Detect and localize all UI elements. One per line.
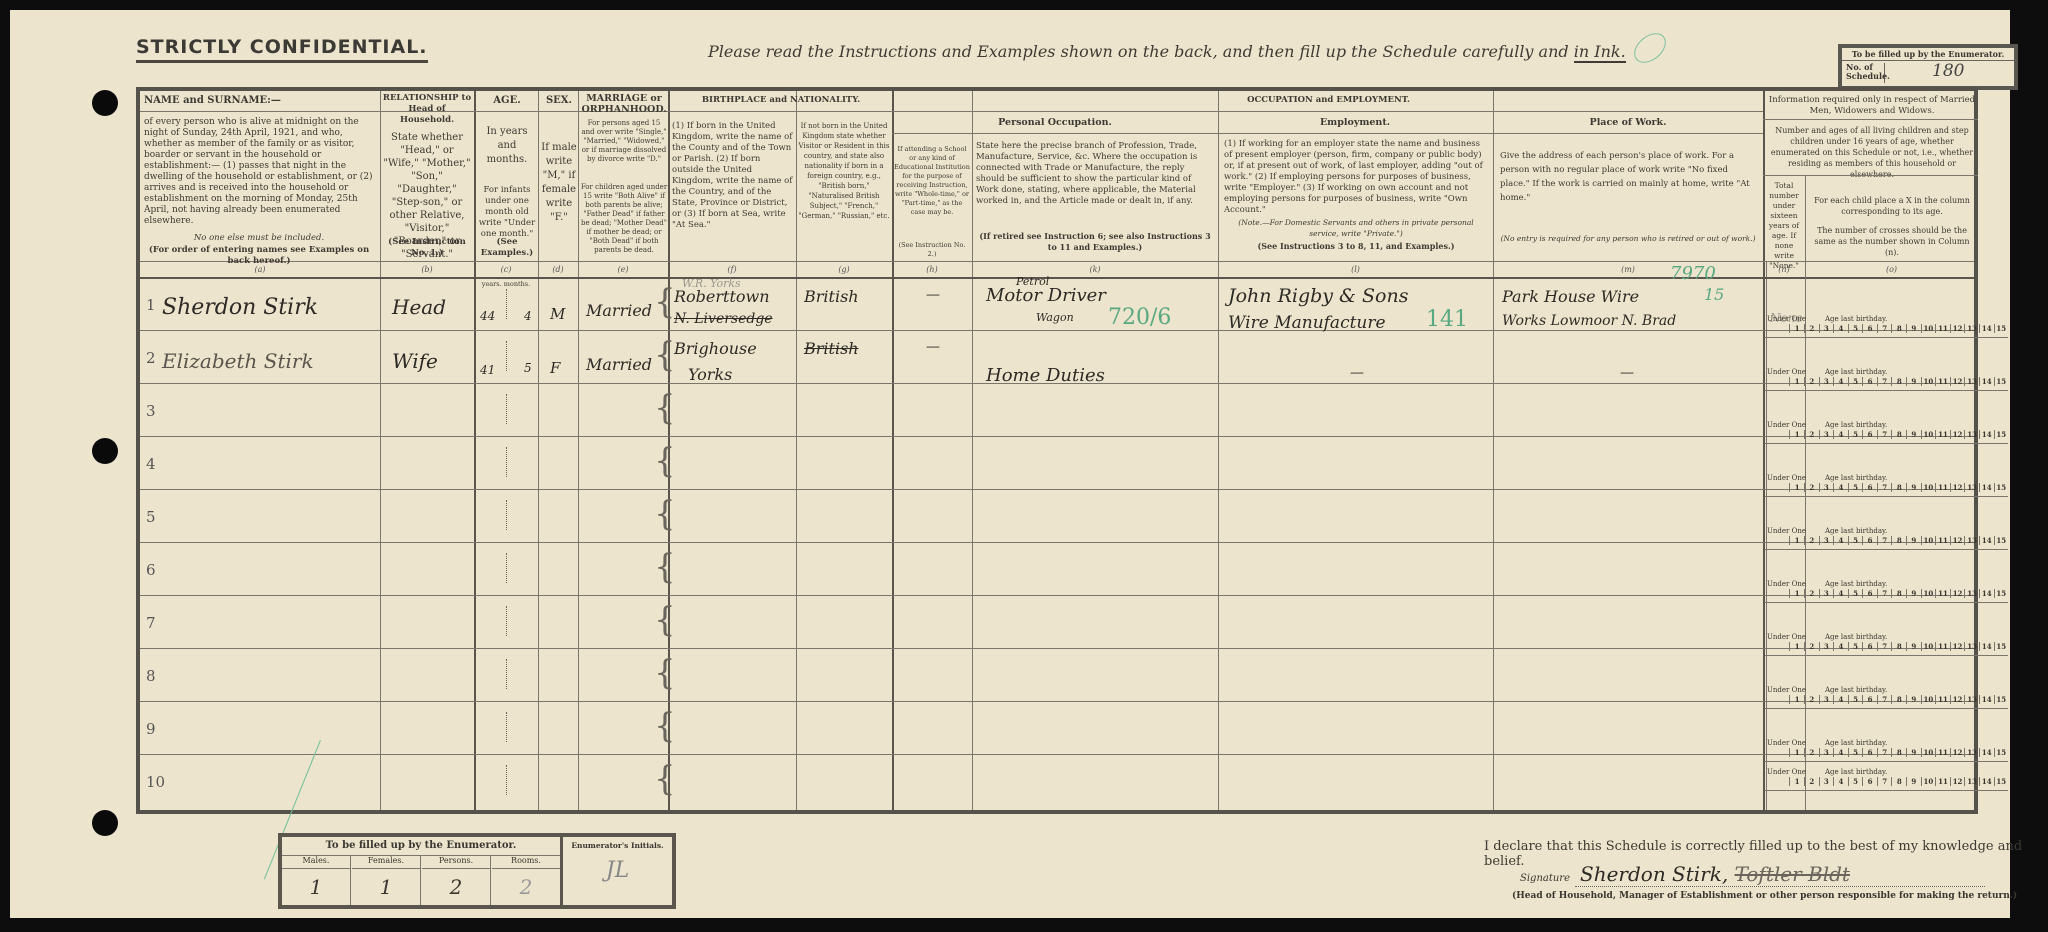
- row-number: 9: [146, 720, 156, 738]
- personal-occupation-title: Personal Occupation.: [894, 117, 1216, 128]
- col-c-body: In years and months.: [476, 125, 538, 167]
- age-separator: [506, 553, 507, 583]
- row2-birthplace-2[interactable]: Yorks: [688, 365, 732, 384]
- col-a-order: (For order of entering names see Example…: [144, 245, 374, 267]
- col-n-body: Total number under sixteen years of age.…: [1764, 181, 1804, 271]
- row1-workplace[interactable]: Park House Wire: [1502, 287, 1639, 306]
- row1-employer[interactable]: John Rigby & Sons: [1228, 285, 1408, 307]
- age-grid-row-8: Under OneAge last birthday.1234567891011…: [1765, 686, 2008, 709]
- col-m-note: (No entry is required for any person who…: [1500, 233, 1756, 244]
- col-k-see: (If retired see Instruction 6; see also …: [976, 231, 1214, 253]
- row1-occupation[interactable]: Motor Driver: [986, 285, 1106, 306]
- instruction-ink: in Ink.: [1574, 42, 1626, 63]
- row1-name[interactable]: Sherdon Stirk: [162, 295, 318, 320]
- age-grid-row-7: Under OneAge last birthday.1234567891011…: [1765, 633, 2008, 656]
- column-divider: [796, 91, 797, 810]
- row1-workplace-code-2: 15: [1704, 285, 1724, 304]
- instruction-line: Please read the Instructions and Example…: [708, 42, 1626, 61]
- age-separator: [506, 765, 507, 795]
- row2-relationship[interactable]: Wife: [392, 349, 438, 373]
- age-grid-row-2: Under OneAge last birthday.1234567891011…: [1765, 368, 2008, 391]
- row2-sex[interactable]: F: [550, 359, 560, 377]
- col-d-body: If male write "M," if female write "F.": [540, 141, 578, 225]
- row1-age-years[interactable]: 44: [480, 309, 495, 323]
- enum-label-males: Males.: [282, 856, 350, 869]
- row1-marriage[interactable]: Married: [586, 301, 652, 320]
- row1-relationship[interactable]: Head: [392, 295, 446, 319]
- col-d-title: SEX.: [540, 95, 578, 106]
- col-n-letter: (n): [1763, 265, 1805, 274]
- age-grid-row-4: Under OneAge last birthday.1234567891011…: [1765, 474, 2008, 497]
- page-title: STRICTLY CONFIDENTIAL.: [136, 36, 428, 63]
- col-c-see: (See Examples.): [476, 237, 538, 259]
- brace-icon: {: [654, 444, 676, 478]
- age-separator: [506, 341, 507, 371]
- col-f-letter: (f): [668, 265, 796, 274]
- row2-marriage[interactable]: Married: [586, 355, 652, 374]
- schedule-box-label: No. of Schedule.: [1846, 63, 1885, 83]
- brace-icon: {: [654, 656, 676, 690]
- row-number: 10: [146, 773, 165, 791]
- col-c-infants: For infants under one month old write "U…: [476, 185, 538, 240]
- row1-workplace-2[interactable]: Works Lowmoor N. Brad: [1502, 313, 1676, 329]
- row2-school[interactable]: —: [926, 339, 940, 355]
- row-number: 7: [146, 614, 156, 632]
- enum-females-value[interactable]: 1: [352, 875, 420, 899]
- header-divider: [668, 111, 1763, 112]
- signature-label: Signature: [1520, 873, 1570, 884]
- row-divider: [140, 542, 1974, 543]
- age-separator: [506, 447, 507, 477]
- occupation-group-title: OCCUPATION and EMPLOYMENT.: [894, 95, 1763, 106]
- initials-value[interactable]: JL: [563, 858, 672, 883]
- brace-icon: {: [654, 497, 676, 531]
- col-c-title: AGE.: [476, 95, 538, 106]
- col-l-see: (See Instructions 3 to 8, 11, and Exampl…: [1224, 241, 1488, 252]
- row1-birthplace-struck[interactable]: N. Liversedge: [674, 311, 773, 327]
- row2-age-months[interactable]: 5: [524, 361, 532, 375]
- column-divider: [1493, 91, 1494, 810]
- col-d-letter: (d): [538, 265, 578, 274]
- row-number: 1: [146, 296, 156, 314]
- col-l-note: (Note.—For Domestic Servants and others …: [1224, 217, 1488, 239]
- col-o-letter: (o): [1805, 265, 1978, 274]
- household-schedule-table: NAME and SURNAME:— of every person who i…: [136, 87, 1978, 814]
- signature-line: [1575, 886, 1985, 887]
- col-b-letter: (b): [380, 265, 474, 274]
- row-number: 5: [146, 508, 156, 526]
- col-g-body: If not born in the United Kingdom state …: [798, 121, 890, 221]
- age-grid-row-1: Under OneAge last birthday.1234567891011…: [1765, 315, 2008, 338]
- enumerator-heading: To be filled up by the Enumerator.: [282, 837, 560, 856]
- header-divider: [1763, 175, 1978, 176]
- row2-workplace[interactable]: —: [1620, 365, 1634, 381]
- brace-icon: {: [654, 338, 676, 372]
- row1-employer-2[interactable]: Wire Manufacture: [1228, 313, 1386, 333]
- col-o-body: For each child place a X in the column c…: [1808, 195, 1976, 217]
- row-divider: [140, 754, 1974, 755]
- age-grid-row-10: Under OneAge last birthday.1234567891011…: [1765, 768, 2008, 791]
- col-m-letter: (m): [1493, 265, 1763, 274]
- enum-divider: [350, 855, 351, 905]
- row-divider: [140, 330, 1974, 331]
- col-h-body: If attending a School or any kind of Edu…: [894, 145, 970, 217]
- punch-hole-icon: [92, 810, 118, 836]
- row1-workplace-code: 7970: [1670, 263, 1716, 284]
- col-k-letter: (k): [972, 265, 1218, 274]
- age-separator: [506, 659, 507, 689]
- initials-label: Enumerator's Initials.: [563, 841, 672, 850]
- brace-icon: {: [654, 391, 676, 425]
- col-c-letter: (c): [474, 265, 538, 274]
- row1-school[interactable]: —: [926, 287, 940, 303]
- age-grid-row-9: Under OneAge last birthday.1234567891011…: [1765, 739, 2008, 762]
- col-g-letter: (g): [796, 265, 892, 274]
- column-divider: [538, 91, 539, 810]
- brace-icon: {: [654, 285, 676, 319]
- col-m-body: Give the address of each person's place …: [1500, 149, 1756, 205]
- row1-sex[interactable]: M: [550, 305, 565, 323]
- row-number: 3: [146, 402, 156, 420]
- col-e-body: For persons aged 15 and over write "Sing…: [580, 119, 668, 164]
- married-group-title: Information required only in respect of …: [1767, 95, 1977, 117]
- enumerator-initials-box: Enumerator's Initials. JL: [560, 837, 672, 905]
- row1-age-months[interactable]: 4: [524, 309, 532, 323]
- col-k-body: State here the precise branch of Profess…: [976, 141, 1214, 207]
- row1-employer-code: 141: [1426, 307, 1468, 332]
- birthplace-group-title: BIRTHPLACE and NATIONALITY.: [670, 95, 892, 106]
- column-divider: [380, 91, 381, 810]
- col-l-body: (1) If working for an employer state the…: [1224, 139, 1488, 216]
- row-number: 4: [146, 455, 156, 473]
- col-a-body: of every person who is alive at midnight…: [144, 117, 374, 227]
- schedule-box-heading: To be filled up by the Enumerator.: [1842, 48, 2014, 61]
- enumerator-box: To be filled up by the Enumerator. Males…: [278, 833, 676, 909]
- signature-note: (Head of Household, Manager of Establish…: [1512, 891, 2017, 901]
- enum-divider: [420, 855, 421, 905]
- col-l-title: Employment.: [1220, 117, 1490, 128]
- col-o-body2: The number of crosses should be the same…: [1808, 225, 1976, 258]
- age-separator: [506, 394, 507, 424]
- age-separator: [506, 500, 507, 530]
- column-divider: [972, 91, 973, 810]
- signature-field[interactable]: Sherdon Stirk, Toftler Bldt: [1580, 862, 1850, 886]
- col-m-title: Place of Work.: [1495, 117, 1761, 128]
- age-separator: [506, 606, 507, 636]
- brace-icon: {: [654, 709, 676, 743]
- col-a-note: No one else must be included.: [144, 233, 374, 244]
- column-divider: [578, 91, 579, 810]
- signature-value: Sherdon Stirk,: [1580, 862, 1728, 886]
- col-f-body: (1) If born in the United Kingdom, write…: [672, 121, 794, 231]
- row-number: 2: [146, 349, 156, 367]
- row2-occupation[interactable]: Home Duties: [986, 365, 1105, 386]
- enum-males-value[interactable]: 1: [282, 875, 350, 899]
- punch-hole-icon: [92, 438, 118, 464]
- col-e-letter: (e): [578, 265, 668, 274]
- col-e-children: For children aged under 15 write "Both A…: [580, 183, 668, 255]
- column-divider: [1218, 91, 1219, 810]
- married-body: Number and ages of all living children a…: [1767, 125, 1977, 180]
- enum-label-rooms: Rooms.: [492, 856, 560, 869]
- row-divider: [140, 595, 1974, 596]
- col-a-letter: (a): [140, 265, 380, 274]
- schedule-number[interactable]: 180: [1932, 61, 1964, 81]
- enum-rooms-value[interactable]: 2: [492, 875, 560, 899]
- col-a-title: NAME and SURNAME:—: [144, 95, 376, 107]
- punch-hole-icon: [92, 90, 118, 116]
- row-number: 6: [146, 561, 156, 579]
- col-e-title: MARRIAGE or ORPHANHOOD.: [580, 93, 668, 115]
- signature-struck-text: Toftler Bldt: [1735, 862, 1850, 886]
- age-grid-row-3: Under OneAge last birthday.1234567891011…: [1765, 421, 2008, 444]
- enum-label-females: Females.: [352, 856, 420, 869]
- row1-occupation-2[interactable]: Wagon: [1036, 311, 1074, 324]
- col-h-letter: (h): [892, 265, 972, 274]
- letter-row-divider: [140, 261, 1974, 262]
- col-b-title: RELATIONSHIP to Head of Household.: [382, 93, 472, 126]
- brace-icon: {: [654, 762, 676, 796]
- col-b-see: (See Instruction No. 1.): [382, 237, 472, 259]
- header-divider: [1763, 119, 1978, 120]
- row-divider: [140, 436, 1974, 437]
- row2-name[interactable]: Elizabeth Stirk: [162, 349, 314, 373]
- row-number: 8: [146, 667, 156, 685]
- row2-birthplace[interactable]: Brighouse: [674, 339, 757, 358]
- row-divider: [140, 648, 1974, 649]
- age-separator: [506, 712, 507, 742]
- row-divider: [140, 489, 1974, 490]
- row1-birthplace[interactable]: Roberttown: [674, 287, 770, 306]
- header-divider: [892, 133, 1763, 134]
- enum-persons-value[interactable]: 2: [422, 875, 490, 899]
- brace-icon: {: [654, 550, 676, 584]
- schedule-number-box: To be filled up by the Enumerator. No. o…: [1838, 44, 2018, 90]
- age-separator: [506, 289, 507, 319]
- age-grid-row-5: Under OneAge last birthday.1234567891011…: [1765, 527, 2008, 550]
- col-l-letter: (l): [1218, 265, 1493, 274]
- enum-label-persons: Persons.: [422, 856, 490, 869]
- col-h-see: (See Instruction No. 2.): [894, 241, 970, 259]
- enum-divider: [490, 855, 491, 905]
- instruction-text: Please read the Instructions and Example…: [708, 42, 1574, 61]
- row1-nationality[interactable]: British: [804, 287, 859, 306]
- age-grid-row-6: Under OneAge last birthday.1234567891011…: [1765, 580, 2008, 603]
- row-divider: [140, 701, 1974, 702]
- row1-occupation-code: 720/6: [1108, 305, 1171, 330]
- brace-icon: {: [654, 603, 676, 637]
- row2-nationality[interactable]: British: [804, 339, 859, 358]
- row2-age-years[interactable]: 41: [480, 363, 495, 377]
- row2-employer[interactable]: —: [1350, 365, 1364, 381]
